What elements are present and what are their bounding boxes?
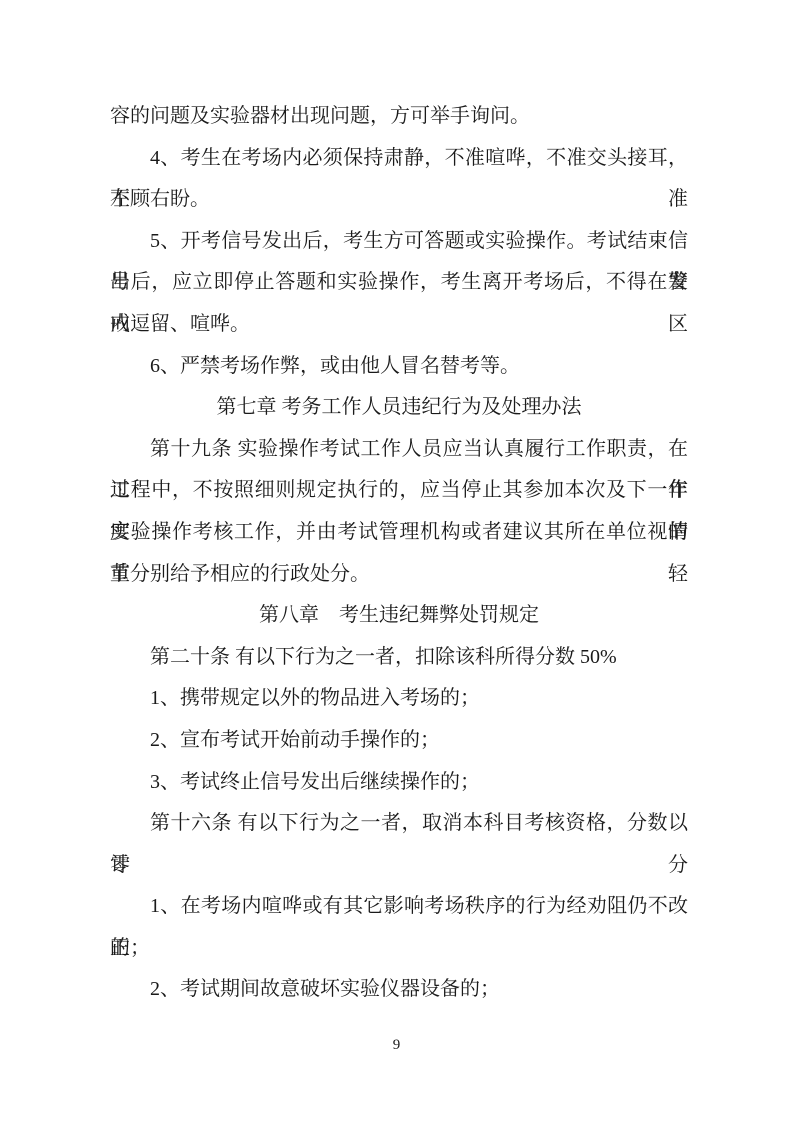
text-line: 过程中，不按照细则规定执行的，应当停止其参加本次及下一年度的 bbox=[110, 470, 688, 512]
chapter-heading: 第七章 考务工作人员违纪行为及处理办法 bbox=[110, 387, 688, 429]
document-page: 容的问题及实验器材出现问题，方可举手询问。4、考生在考场内必须保持肃静，不准喧哗… bbox=[0, 0, 793, 1122]
text-line: 第十六条 有以下行为之一者，取消本科目考核资格，分数以零分 bbox=[110, 803, 688, 845]
text-line: 3、考试终止信号发出后继续操作的； bbox=[110, 762, 688, 804]
text-line: 2、考试期间故意破坏实验仪器设备的； bbox=[110, 969, 688, 1011]
paragraph: 1、在考场内喧哗或有其它影响考场秩序的行为经劝阻仍不改正的； bbox=[110, 886, 688, 969]
paragraph: 容的问题及实验器材出现问题，方可举手询问。 bbox=[110, 96, 688, 138]
paragraph: 1、携带规定以外的物品进入考场的； bbox=[110, 678, 688, 720]
page-footer: 9 bbox=[0, 1036, 793, 1054]
text-line: 容的问题及实验器材出现问题，方可举手询问。 bbox=[110, 96, 688, 138]
paragraph: 2、考试期间故意破坏实验仪器设备的； bbox=[110, 969, 688, 1011]
paragraph: 4、考生在考场内必须保持肃静，不准喧哗，不准交头接耳，不准左顾右盼。 bbox=[110, 138, 688, 221]
paragraph: 6、严禁考场作弊，或由他人冒名替考等。 bbox=[110, 346, 688, 388]
paragraph: 第十六条 有以下行为之一者，取消本科目考核资格，分数以零分计 bbox=[110, 803, 688, 886]
text-line: 4、考生在考场内必须保持肃静，不准喧哗，不准交头接耳，不准 bbox=[110, 138, 688, 180]
paragraph: 第十九条 实验操作考试工作人员应当认真履行工作职责，在工作过程中，不按照细则规定… bbox=[110, 429, 688, 595]
page-body: 容的问题及实验器材出现问题，方可举手询问。4、考生在考场内必须保持肃静，不准喧哗… bbox=[110, 96, 688, 1011]
paragraph: 第二十条 有以下行为之一者，扣除该科所得分数 50% bbox=[110, 637, 688, 679]
paragraph: 5、开考信号发出后，考生方可答题或实验操作。考试结束信号发出后，应立即停止答题和… bbox=[110, 221, 688, 346]
text-line: 第十九条 实验操作考试工作人员应当认真履行工作职责，在工作 bbox=[110, 429, 688, 471]
paragraph: 2、宣布考试开始前动手操作的； bbox=[110, 720, 688, 762]
paragraph: 3、考试终止信号发出后继续操作的； bbox=[110, 762, 688, 804]
text-line: 2、宣布考试开始前动手操作的； bbox=[110, 720, 688, 762]
chapter-heading-text: 第八章 考生违纪舞弊处罚规定 bbox=[110, 595, 688, 637]
text-line: 6、严禁考场作弊，或由他人冒名替考等。 bbox=[110, 346, 688, 388]
text-line: 出后，应立即停止答题和实验操作，考生离开考场后，不得在警戒区 bbox=[110, 262, 688, 304]
page-number: 9 bbox=[393, 1037, 401, 1053]
text-line: 第二十条 有以下行为之一者，扣除该科所得分数 50% bbox=[110, 637, 688, 679]
chapter-heading: 第八章 考生违纪舞弊处罚规定 bbox=[110, 595, 688, 637]
chapter-heading-text: 第七章 考务工作人员违纪行为及处理办法 bbox=[110, 387, 688, 429]
text-line: 1、在考场内喧哗或有其它影响考场秩序的行为经劝阻仍不改正 bbox=[110, 886, 688, 928]
text-line: 的； bbox=[110, 928, 688, 970]
text-line: 1、携带规定以外的物品进入考场的； bbox=[110, 678, 688, 720]
text-line: 实验操作考核工作，并由考试管理机构或者建议其所在单位视情节轻 bbox=[110, 512, 688, 554]
text-line: 5、开考信号发出后，考生方可答题或实验操作。考试结束信号发 bbox=[110, 221, 688, 263]
